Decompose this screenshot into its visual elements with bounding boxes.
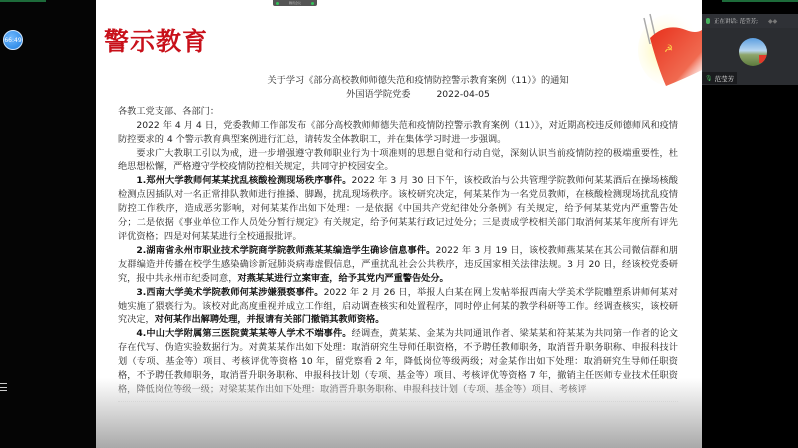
case-item: 4.中山大学附属第三医院黄某某等人学术不端事件。经调查，黄某某、金某为共同通讯作… bbox=[118, 327, 678, 397]
case-conclusion: 对燕某某进行立案审查，给予其党内严重警告处分。 bbox=[237, 273, 448, 284]
document-title: 关于学习《部分高校教师师德失范和疫情防控警示教育案例（11）》的通知 bbox=[118, 74, 678, 88]
svg-text:☭: ☭ bbox=[664, 44, 673, 55]
paragraph: 2022 年 4 月 4 日，党委教师工作部发布《部分高校教师师德失范和疫情防控… bbox=[118, 119, 678, 147]
microphone-icon: 🎙︎ bbox=[705, 75, 713, 82]
participant-name: 范莹芳 bbox=[715, 74, 735, 83]
issuer: 外国语学院党委 bbox=[346, 89, 410, 100]
case-title: 3.西南大学美术学院教师何某涉嫌猥亵事件。 bbox=[136, 287, 323, 298]
speaking-indicator: 正在讲话: 范莹芳; ◆◆ bbox=[702, 14, 798, 28]
case-title: 1.郑州大学教师何某某扰乱核酸检测现场秩序事件。 bbox=[136, 175, 351, 186]
case-item: 3.西南大学美术学院教师何某涉嫌猥亵事件。2022 年 2 月 26 日，举报人… bbox=[118, 286, 678, 328]
case-title: 4.中山大学附属第三医院黄某某等人学术不端事件。 bbox=[136, 328, 351, 339]
meeting-label: 腾讯会议 bbox=[289, 1, 301, 5]
speaking-label: 正在讲话: 范莹芳; bbox=[714, 17, 758, 25]
avatar bbox=[739, 38, 767, 66]
issue-date: 2022-04-05 bbox=[436, 89, 489, 100]
left-panel: 66:49 bbox=[0, 0, 96, 448]
case-item: 1.郑州大学教师何某某扰乱核酸检测现场秩序事件。2022 年 3 月 30 日下… bbox=[118, 174, 678, 244]
case-title: 2.湖南省永州市职业技术学院商学院教师燕某某编造学生确诊信息事件。 bbox=[136, 245, 435, 256]
menu-icon[interactable] bbox=[0, 383, 7, 391]
continuation-paragraph: 优等资格 5 年，终身不得申请认定研究生导师资格，不予聘任教师职务，降低岗位等级… bbox=[118, 410, 678, 448]
paragraph: 要求广大教职工引以为戒，进一步增强遵守教师职业行为十项准则的思想自觉和行动自觉，… bbox=[118, 147, 678, 175]
greeting: 各教工党支部、各部门： bbox=[118, 105, 678, 119]
right-top-bar bbox=[722, 0, 798, 2]
notice-document: 关于学习《部分高校教师师德失范和疫情防控警示教育案例（11）》的通知 外国语学院… bbox=[118, 74, 678, 448]
meeting-control-pill[interactable]: 腾讯会议 bbox=[273, 0, 317, 6]
case-item: 2.湖南省永州市职业技术学院商学院教师燕某某编造学生确诊信息事件。2022 年 … bbox=[118, 244, 678, 286]
participant-video-tile[interactable]: 🎙︎ 范莹芳 bbox=[702, 28, 798, 85]
status-dot-icon bbox=[311, 2, 314, 5]
status-dot-icon bbox=[276, 2, 279, 5]
meeting-timer-badge[interactable]: 66:49 bbox=[3, 30, 23, 50]
audio-wave-icon: ◆◆ bbox=[768, 18, 777, 25]
page-break bbox=[118, 401, 678, 410]
case-conclusion: 对何某作出解聘处理，并报请有关部门撤销其教师资格。 bbox=[155, 314, 385, 325]
left-top-bar bbox=[0, 0, 46, 2]
participants-panel: 正在讲话: 范莹芳; ◆◆ 🎙︎ 范莹芳 bbox=[702, 0, 798, 448]
timer-text: 66:49 bbox=[4, 37, 21, 44]
document-signature: 外国语学院党委2022-04-05 bbox=[118, 88, 678, 102]
participant-name-tag: 🎙︎ 范莹芳 bbox=[702, 72, 737, 84]
shared-slide: 腾讯会议 警示教育 ☭ 关于学习《部分高校教师师德失范和疫情防控警示教育案例（1… bbox=[96, 0, 702, 448]
slide-heading: 警示教育 bbox=[104, 22, 208, 58]
microphone-icon bbox=[706, 18, 710, 24]
